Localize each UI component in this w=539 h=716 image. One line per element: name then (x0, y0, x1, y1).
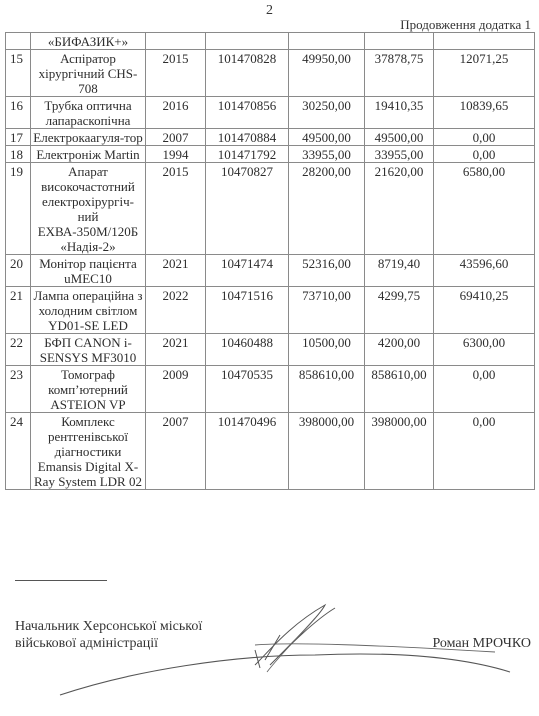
cell-cost: 30250,00 (289, 97, 365, 129)
cell-num: 22 (6, 334, 31, 366)
cell-name: Монітор пацієнта uMEC10 (31, 255, 146, 287)
cell-inventory-no: 10471516 (206, 287, 289, 334)
cell-cost: 52316,00 (289, 255, 365, 287)
table-row: 16Трубка оптична лапараскопічна201610147… (6, 97, 535, 129)
inventory-table: «БИФАЗИК+» 15Аспіратор хірургічний CHS-7… (5, 32, 535, 490)
cell-residual: 0,00 (434, 129, 535, 146)
cell-num: 18 (6, 146, 31, 163)
table-row: 23Томограф комп’ютерний ASTEION VP200910… (6, 366, 535, 413)
cell-depreciation (365, 33, 434, 50)
cell-inventory-no: 10460488 (206, 334, 289, 366)
cell-residual: 0,00 (434, 413, 535, 490)
cell-depreciation: 4299,75 (365, 287, 434, 334)
cell-name: «БИФАЗИК+» (31, 33, 146, 50)
cell-residual: 12071,25 (434, 50, 535, 97)
table-row: 15Аспіратор хірургічний CHS-708201510147… (6, 50, 535, 97)
footnote-separator (15, 580, 107, 581)
cell-name: БФП CANON i-SENSYS MF3010 (31, 334, 146, 366)
cell-residual: 0,00 (434, 146, 535, 163)
cell-residual: 43596,60 (434, 255, 535, 287)
signatory-name: Роман МРОЧКО (432, 636, 531, 652)
cell-inventory-no: 10470827 (206, 163, 289, 255)
cell-year: 2015 (146, 163, 206, 255)
table-row: 21Лампа операційна з холодним світлом YD… (6, 287, 535, 334)
cell-inventory-no: 101471792 (206, 146, 289, 163)
cell-num: 20 (6, 255, 31, 287)
cell-depreciation: 21620,00 (365, 163, 434, 255)
cell-num: 24 (6, 413, 31, 490)
cell-residual: 6300,00 (434, 334, 535, 366)
cell-cost (289, 33, 365, 50)
cell-name: Трубка оптична лапараскопічна (31, 97, 146, 129)
cell-inventory-no (206, 33, 289, 50)
cell-year: 2022 (146, 287, 206, 334)
cell-residual: 10839,65 (434, 97, 535, 129)
cell-depreciation: 858610,00 (365, 366, 434, 413)
cell-inventory-no: 101470884 (206, 129, 289, 146)
cell-name: Лампа операційна з холодним світлом YD01… (31, 287, 146, 334)
cell-cost: 49500,00 (289, 129, 365, 146)
cell-depreciation: 33955,00 (365, 146, 434, 163)
cell-depreciation: 398000,00 (365, 413, 434, 490)
cell-depreciation: 49500,00 (365, 129, 434, 146)
cell-name: Електрокаагуля-тор (31, 129, 146, 146)
cell-year: 2016 (146, 97, 206, 129)
cell-depreciation: 19410,35 (365, 97, 434, 129)
cell-inventory-no: 101470496 (206, 413, 289, 490)
table-row: 20Монітор пацієнта uMEC10202110471474523… (6, 255, 535, 287)
cell-cost: 10500,00 (289, 334, 365, 366)
cell-year: 2009 (146, 366, 206, 413)
cell-inventory-no: 10470535 (206, 366, 289, 413)
cell-depreciation: 37878,75 (365, 50, 434, 97)
cell-name: Апарат високочастотний електрохірургіч-н… (31, 163, 146, 255)
cell-name: Електроніж Martin (31, 146, 146, 163)
table-row: 18Електроніж Martin199410147179233955,00… (6, 146, 535, 163)
cell-residual (434, 33, 535, 50)
cell-cost: 33955,00 (289, 146, 365, 163)
cell-num: 23 (6, 366, 31, 413)
cell-year: 2021 (146, 255, 206, 287)
cell-year: 2007 (146, 413, 206, 490)
cell-year: 2015 (146, 50, 206, 97)
cell-num: 16 (6, 97, 31, 129)
cell-num (6, 33, 31, 50)
cell-year: 2007 (146, 129, 206, 146)
cell-inventory-no: 101470828 (206, 50, 289, 97)
cell-depreciation: 4200,00 (365, 334, 434, 366)
cell-inventory-no: 101470856 (206, 97, 289, 129)
cell-name: Комплекс рентгенівської діагностики Eman… (31, 413, 146, 490)
cell-name: Аспіратор хірургічний CHS-708 (31, 50, 146, 97)
cell-inventory-no: 10471474 (206, 255, 289, 287)
cell-cost: 73710,00 (289, 287, 365, 334)
cell-depreciation: 8719,40 (365, 255, 434, 287)
cell-num: 21 (6, 287, 31, 334)
cell-year: 2021 (146, 334, 206, 366)
cell-year: 1994 (146, 146, 206, 163)
table-row-carry-over: «БИФАЗИК+» (6, 33, 535, 50)
table-row: 17Електрокаагуля-тор200710147088449500,0… (6, 129, 535, 146)
cell-residual: 69410,25 (434, 287, 535, 334)
cell-year (146, 33, 206, 50)
cell-cost: 858610,00 (289, 366, 365, 413)
cell-residual: 6580,00 (434, 163, 535, 255)
continuation-label: Продовження додатка 1 (400, 17, 531, 33)
cell-num: 19 (6, 163, 31, 255)
handwritten-signature-icon (55, 600, 515, 710)
cell-cost: 28200,00 (289, 163, 365, 255)
cell-num: 17 (6, 129, 31, 146)
table-row: 22БФП CANON i-SENSYS MF30102021104604881… (6, 334, 535, 366)
cell-cost: 49950,00 (289, 50, 365, 97)
cell-cost: 398000,00 (289, 413, 365, 490)
cell-residual: 0,00 (434, 366, 535, 413)
table-row: 24Комплекс рентгенівської діагностики Em… (6, 413, 535, 490)
table-row: 19Апарат високочастотний електрохірургіч… (6, 163, 535, 255)
cell-num: 15 (6, 50, 31, 97)
cell-name: Томограф комп’ютерний ASTEION VP (31, 366, 146, 413)
